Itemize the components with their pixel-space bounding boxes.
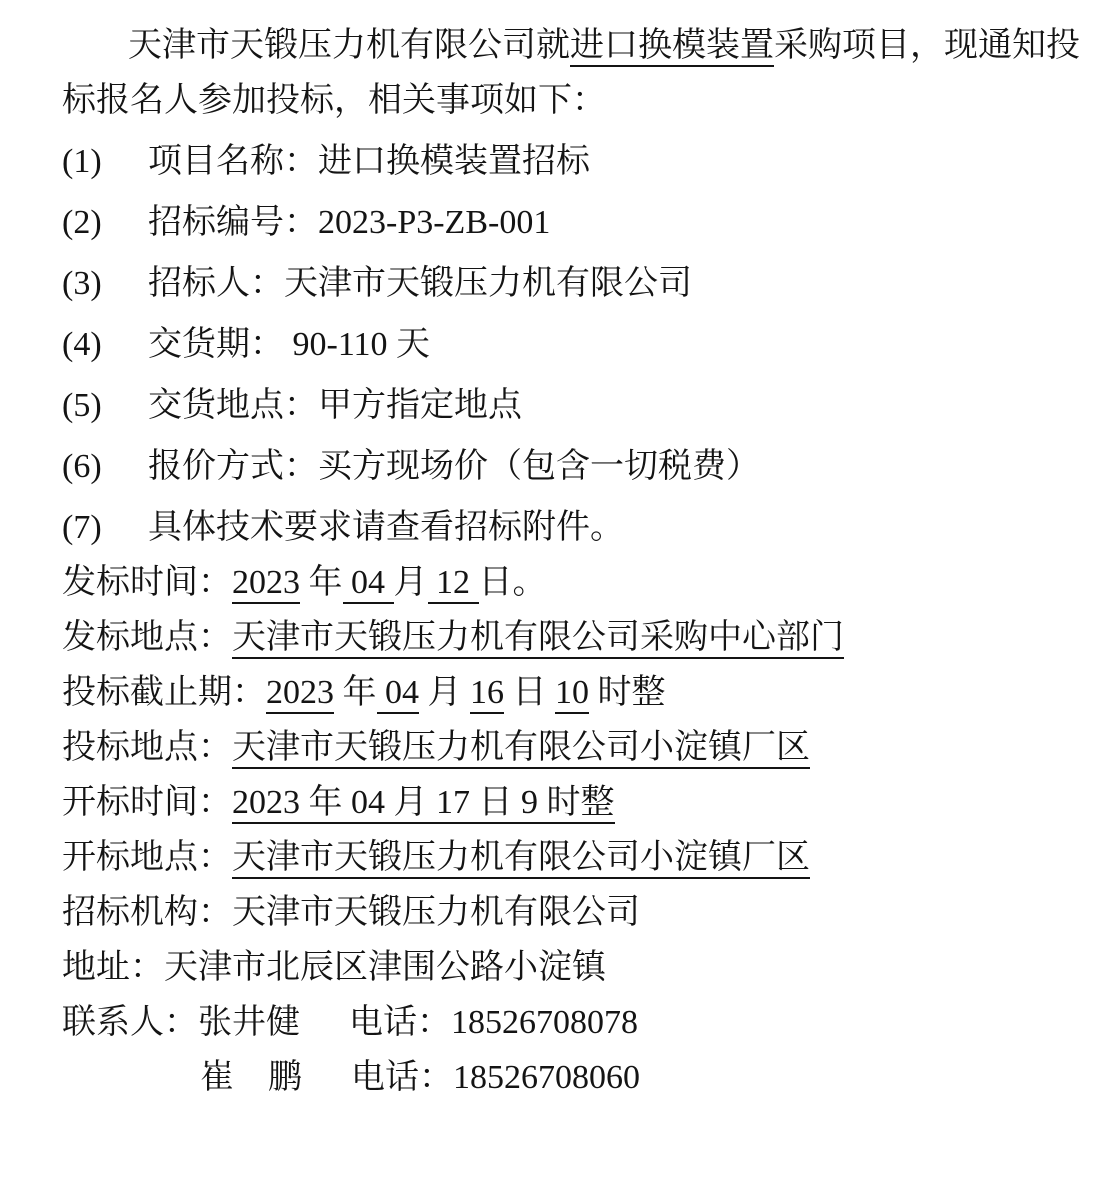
field-label: 发标时间： [62,564,232,601]
deadline-hour: 10 [555,674,589,714]
intro-text-post: 采购项目，现通知投 [774,27,1080,64]
item-text: 项目名称：进口换模装置招标 [148,143,590,180]
notice-item-3: (3)招标人：天津市天锻压力机有限公司 [62,256,1084,311]
opening-place-value: 天津市天锻压力机有限公司小淀镇厂区 [232,839,810,879]
issue-place-value: 天津市天锻压力机有限公司采购中心部门 [232,619,844,659]
deadline-year: 2023 [266,674,334,714]
agency-line: 招标机构：天津市天锻压力机有限公司 [62,885,1084,940]
intro-line-2: 标报名人参加投标，相关事项如下： [62,73,1084,128]
item-number: (3) [62,256,148,311]
field-label: 发标地点： [62,619,232,656]
phone-label: 电话： [351,1059,453,1096]
item-number: (4) [62,317,148,372]
month-unit: 月 [419,674,470,711]
contact-label: 联系人： [62,1004,198,1041]
project-name-underlined: 进口换模装置 [570,27,774,67]
item-number: (1) [62,134,148,189]
contact-name: 崔 鹏 [200,1059,302,1096]
year-unit: 年 [300,564,343,601]
opening-time-value: 2023 年 04 月 17 日 9 时整 [232,784,615,824]
opening-time-line: 开标时间：2023 年 04 月 17 日 9 时整 [62,775,1084,830]
opening-place-line: 开标地点：天津市天锻压力机有限公司小淀镇厂区 [62,830,1084,885]
day-unit: 日 [504,674,555,711]
notice-item-4: (4)交货期： 90-110 天 [62,317,1084,372]
issue-month: 04 [343,564,394,604]
item-number: (6) [62,439,148,494]
month-unit: 月 [394,564,428,601]
contact-line-2: 崔 鹏电话：18526708060 [62,1050,1084,1105]
item-text: 交货期： 90-110 天 [148,326,430,363]
field-label: 投标截止期： [62,674,266,711]
issue-time-line: 发标时间：2023 年 04 月 12 日。 [62,555,1084,610]
item-number: (5) [62,378,148,433]
field-label: 开标地点： [62,839,232,876]
issue-year: 2023 [232,564,300,604]
contact-name: 张井健 [198,1004,300,1041]
item-text: 报价方式：买方现场价（包含一切税费） [148,448,760,485]
bid-place-line: 投标地点：天津市天锻压力机有限公司小淀镇厂区 [62,720,1084,775]
phone-number: 18526708060 [453,1059,640,1096]
notice-item-1: (1)项目名称：进口换模装置招标 [62,134,1084,189]
notice-item-2: (2)招标编号：2023-P3-ZB-001 [62,195,1084,250]
item-text: 交货地点：甲方指定地点 [148,387,522,424]
field-label: 开标时间： [62,784,232,821]
year-unit: 年 [334,674,377,711]
hour-unit: 时整 [589,674,666,711]
notice-item-5: (5)交货地点：甲方指定地点 [62,378,1084,433]
phone-number: 18526708078 [451,1004,638,1041]
deadline-day: 16 [470,674,504,714]
issue-place-line: 发标地点：天津市天锻压力机有限公司采购中心部门 [62,610,1084,665]
item-number: (7) [62,500,148,555]
contact-line-1: 联系人：张井健电话：18526708078 [62,995,1084,1050]
intro-line-1: 天津市天锻压力机有限公司就进口换模装置采购项目，现通知投 [62,18,1084,73]
item-text: 招标人：天津市天锻压力机有限公司 [148,265,692,302]
day-unit: 日。 [479,564,547,601]
deadline-month: 04 [377,674,420,714]
tender-notice-document: 天津市天锻压力机有限公司就进口换模装置采购项目，现通知投 标报名人参加投标，相关… [0,0,1110,1105]
item-number: (2) [62,195,148,250]
notice-item-7: (7)具体技术要求请查看招标附件。 [62,500,1084,555]
bid-place-value: 天津市天锻压力机有限公司小淀镇厂区 [232,729,810,769]
issue-day: 12 [428,564,479,604]
field-label: 投标地点： [62,729,232,766]
item-text: 具体技术要求请查看招标附件。 [148,509,624,546]
notice-item-6: (6)报价方式：买方现场价（包含一切税费） [62,439,1084,494]
item-text: 招标编号：2023-P3-ZB-001 [148,204,550,241]
intro-text-pre: 天津市天锻压力机有限公司就 [128,27,570,64]
phone-label: 电话： [349,1004,451,1041]
address-line: 地址：天津市北辰区津围公路小淀镇 [62,940,1084,995]
bid-deadline-line: 投标截止期：2023 年 04 月 16 日 10 时整 [62,665,1084,720]
